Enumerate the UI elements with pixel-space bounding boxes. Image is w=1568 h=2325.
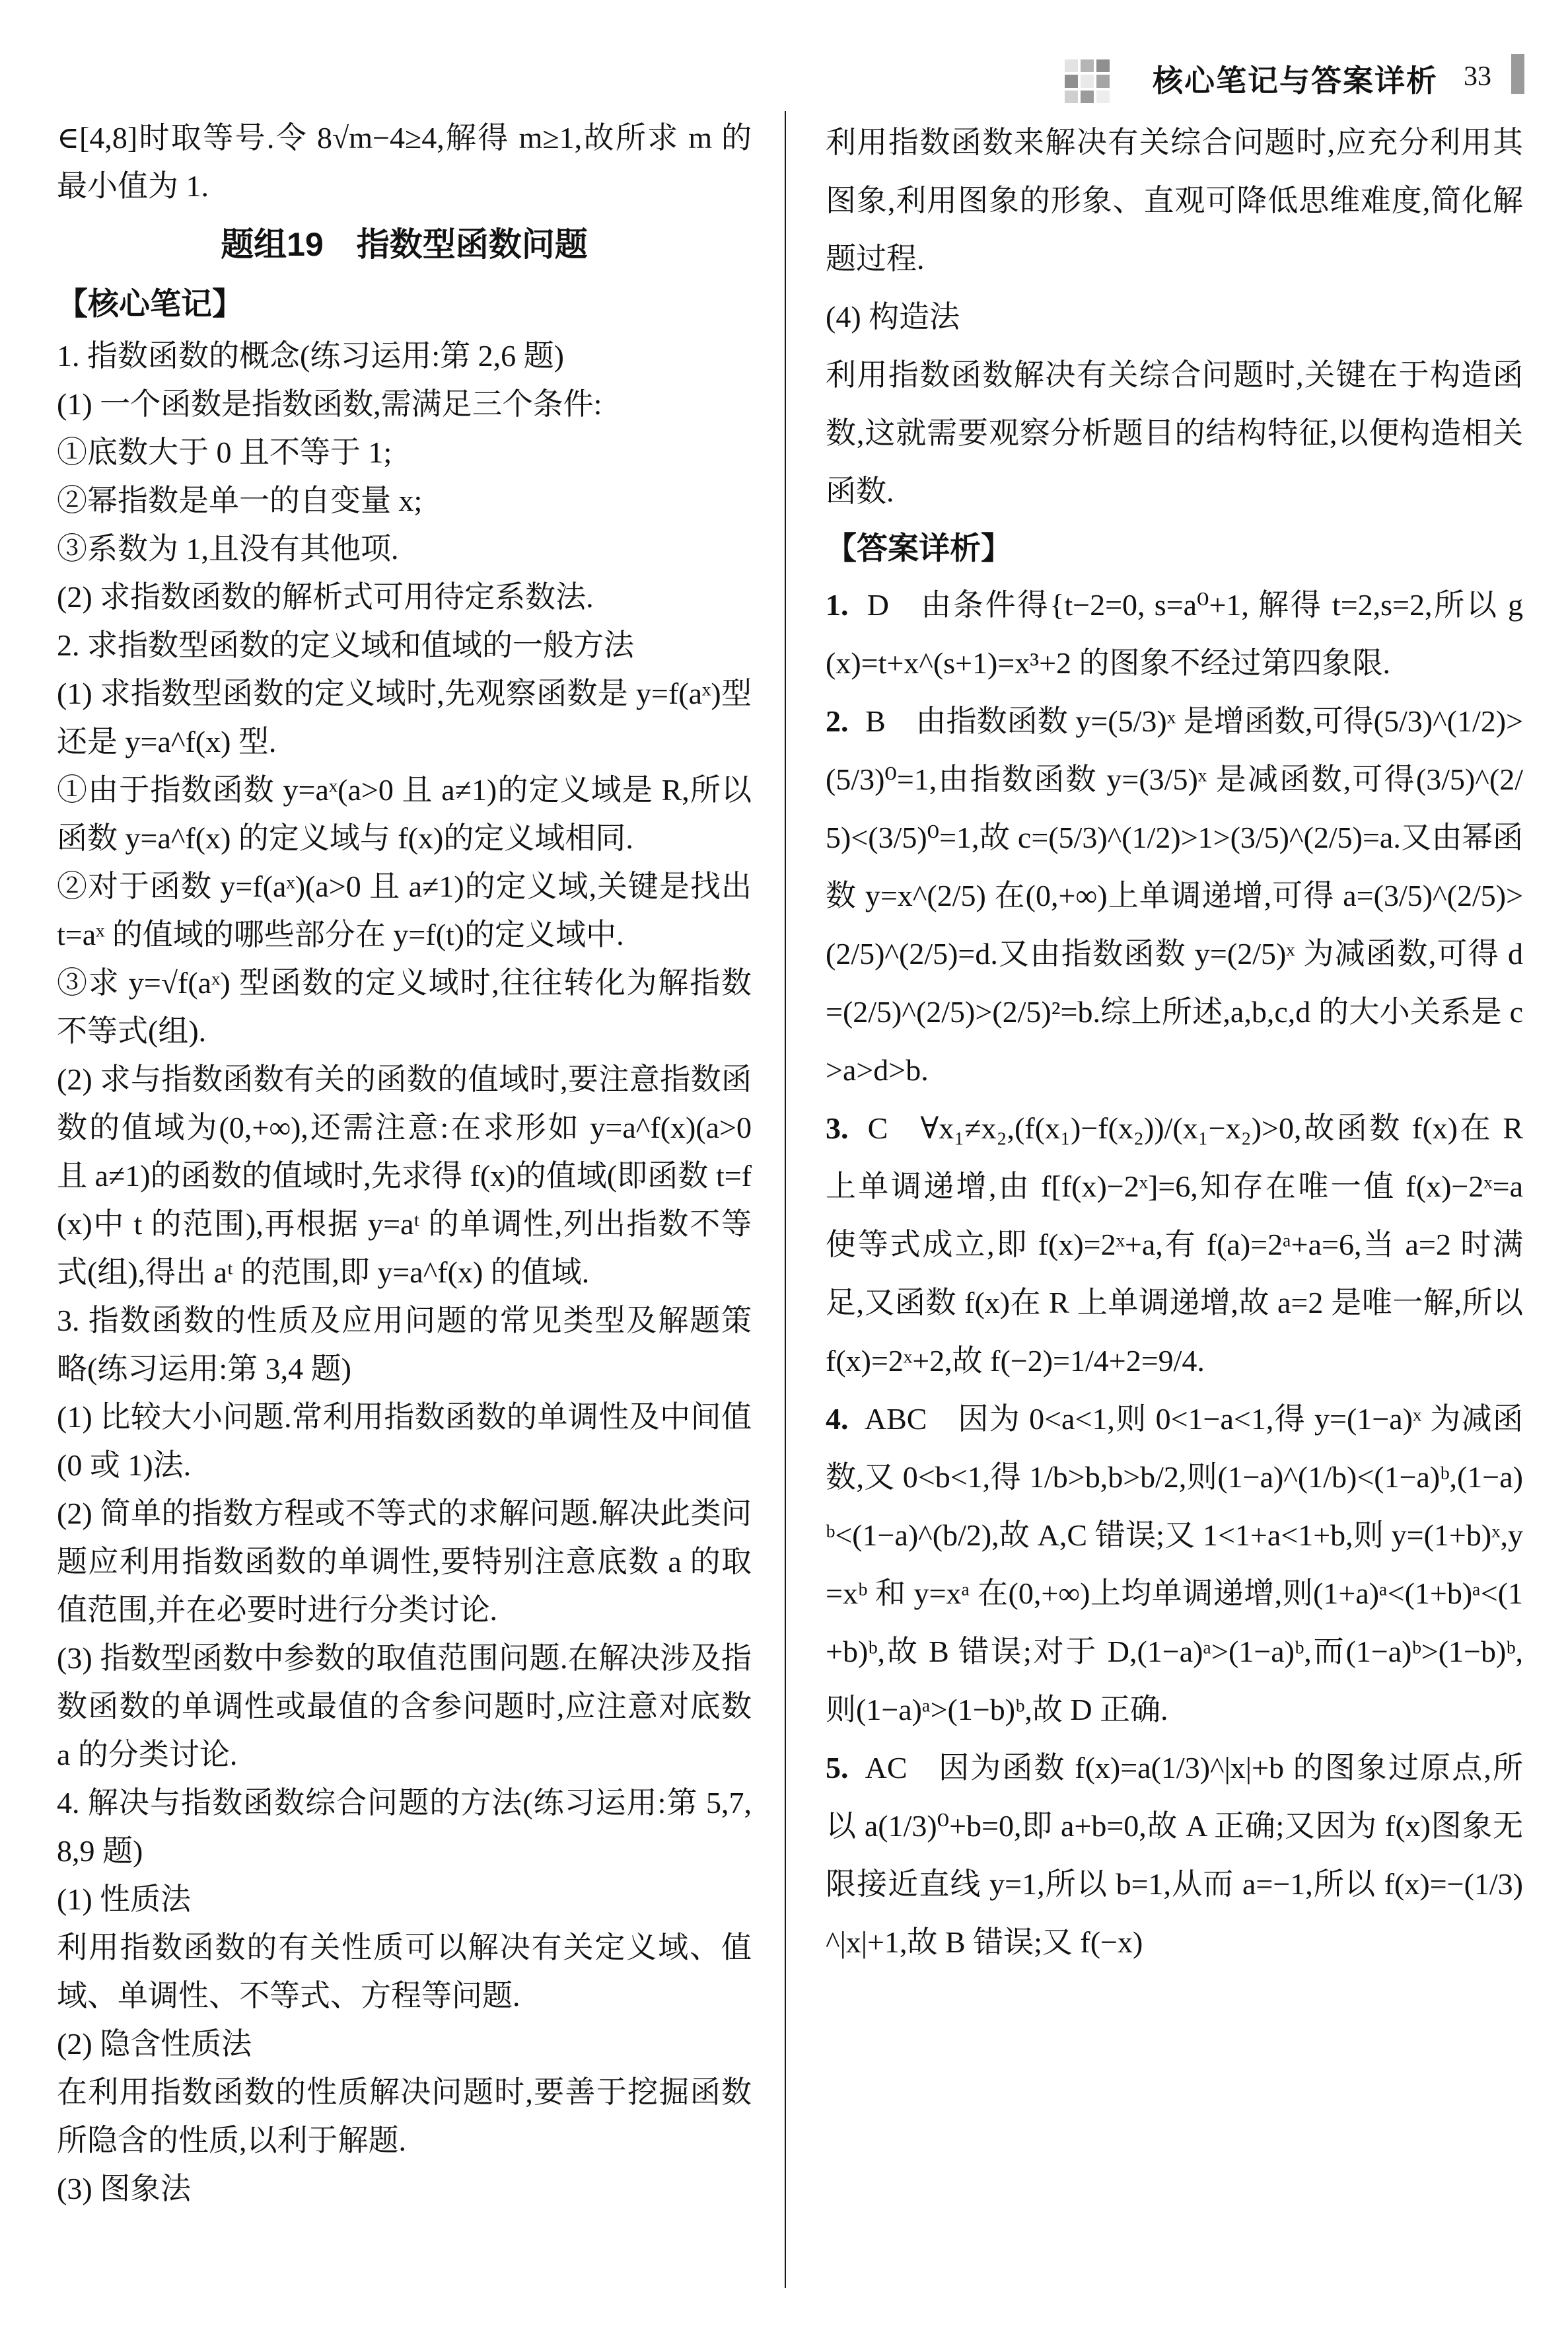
note-paragraph: 3. 指数函数的性质及应用问题的常见类型及解题策略(练习运用:第 3,4 题) (57, 1296, 752, 1393)
answer-item-1: 1. D 由条件得{t−2=0, s=a⁰+1, 解得 t=2,s=2,所以 g… (826, 576, 1523, 692)
note-paragraph: (4) 构造法 (826, 288, 1523, 346)
note-paragraph: 利用指数函数解决有关综合问题时,关键在于构造函数,这就需要观察分析题目的结构特征… (826, 346, 1523, 521)
note-paragraph: (2) 求与指数函数有关的函数的值域时,要注意指数函数的值域为(0,+∞),还需… (57, 1055, 752, 1296)
textbook-page: 核心笔记与答案详析 33 ∈[4,8]时取等号.令 8√m−4≥4,解得 m≥1… (0, 0, 1568, 2325)
note-paragraph: 利用指数函数的有关性质可以解决有关定义域、值域、单调性、不等式、方程等问题. (57, 1923, 752, 2020)
answer-number: 5. (826, 1751, 849, 1785)
note-paragraph: (1) 性质法 (57, 1875, 752, 1923)
note-paragraph: (2) 隐含性质法 (57, 2020, 752, 2068)
answer-number: 4. (826, 1402, 849, 1436)
answer-number: 1. (826, 588, 849, 622)
note-paragraph: (3) 指数型函数中参数的取值范围问题.在解决涉及指数函数的单调性或最值的含参问… (57, 1634, 752, 1779)
note-paragraph: ①底数大于 0 且不等于 1; (57, 428, 752, 476)
note-paragraph: (3) 图象法 (57, 2164, 752, 2213)
note-paragraph: 2. 求指数型函数的定义域和值域的一般方法 (57, 621, 752, 669)
answer-letter: B (865, 704, 886, 738)
note-paragraph: (2) 简单的指数方程或不等式的求解问题.解决此类问题应利用指数函数的单调性,要… (57, 1489, 752, 1634)
note-paragraph: 利用指数函数来解决有关综合问题时,应充分利用其图象,利用图象的形象、直观可降低思… (826, 114, 1523, 288)
answer-text: 由条件得{t−2=0, s=a⁰+1, 解得 t=2,s=2,所以 g(x)=t… (826, 588, 1523, 680)
note-paragraph: ②对于函数 y=f(aˣ)(a>0 且 a≠1)的定义域,关键是找出 t=aˣ … (57, 862, 752, 959)
answer-item-2: 2. B 由指数函数 y=(5/3)ˣ 是增函数,可得(5/3)^(1/2)>(… (826, 692, 1523, 1099)
answer-text: 因为 0<a<1,则 0<1−a<1,得 y=(1−a)ˣ 为减函数,又 0<b… (826, 1402, 1523, 1726)
header-title: 核心笔记与答案详析 (1153, 57, 1438, 100)
core-notes-title: 【核心笔记】 (57, 276, 752, 332)
note-paragraph: ②幂指数是单一的自变量 x; (57, 476, 752, 525)
answer-letter: AC (865, 1751, 908, 1785)
note-paragraph: ①由于指数函数 y=aˣ(a>0 且 a≠1)的定义域是 R,所以函数 y=a^… (57, 766, 752, 862)
note-paragraph: ③系数为 1,且没有其他项. (57, 525, 752, 573)
note-paragraph: (2) 求指数函数的解析式可用待定系数法. (57, 573, 752, 621)
answer-item-4: 4. ABC 因为 0<a<1,则 0<1−a<1,得 y=(1−a)ˣ 为减函… (826, 1390, 1523, 1739)
note-paragraph: (1) 比较大小问题.常利用指数函数的单调性及中间值(0 或 1)法. (57, 1393, 752, 1489)
note-paragraph: 在利用指数函数的性质解决问题时,要善于挖掘函数所隐含的性质,以利于解题. (57, 2068, 752, 2164)
answer-item-5: 5. AC 因为函数 f(x)=a(1/3)^|x|+b 的图象过原点,所以 a… (826, 1739, 1523, 1972)
note-paragraph: 1. 指数函数的概念(练习运用:第 2,6 题) (57, 332, 752, 380)
answer-text: 由指数函数 y=(5/3)ˣ 是增函数,可得(5/3)^(1/2)>(5/3)⁰… (826, 704, 1523, 1087)
answer-text: ∀x₁≠x₂,(f(x₁)−f(x₂))/(x₁−x₂)>0,故函数 f(x)在… (826, 1111, 1523, 1378)
grid-icon (1065, 59, 1110, 103)
answers-title: 【答案详析】 (826, 521, 1523, 576)
answer-letter: ABC (865, 1402, 927, 1436)
page-number: 33 (1464, 61, 1491, 92)
header-bar-decoration (1511, 54, 1524, 94)
answer-letter: D (867, 588, 889, 622)
note-paragraph: 4. 解决与指数函数综合问题的方法(练习运用:第 5,7,8,9 题) (57, 1779, 752, 1875)
column-divider (785, 111, 786, 2288)
left-column: ∈[4,8]时取等号.令 8√m−4≥4,解得 m≥1,故所求 m 的最小值为 … (57, 114, 752, 2213)
note-paragraph: ③求 y=√f(aˣ) 型函数的定义域时,往往转化为解指数不等式(组). (57, 959, 752, 1055)
group-heading: 题组19 指数型函数问题 (57, 217, 752, 272)
answer-number: 3. (826, 1111, 849, 1145)
note-paragraph: (1) 求指数型函数的定义域时,先观察函数是 y=f(aˣ)型还是 y=a^f(… (57, 669, 752, 766)
right-column: 利用指数函数来解决有关综合问题时,应充分利用其图象,利用图象的形象、直观可降低思… (826, 114, 1523, 1972)
answer-text: 因为函数 f(x)=a(1/3)^|x|+b 的图象过原点,所以 a(1/3)⁰… (826, 1751, 1523, 1959)
note-paragraph: (1) 一个函数是指数函数,需满足三个条件: (57, 380, 752, 428)
answer-item-3: 3. C ∀x₁≠x₂,(f(x₁)−f(x₂))/(x₁−x₂)>0,故函数 … (826, 1099, 1523, 1390)
continued-solution-paragraph: ∈[4,8]时取等号.令 8√m−4≥4,解得 m≥1,故所求 m 的最小值为 … (57, 114, 752, 210)
answer-letter: C (868, 1111, 888, 1145)
answer-number: 2. (826, 704, 849, 738)
